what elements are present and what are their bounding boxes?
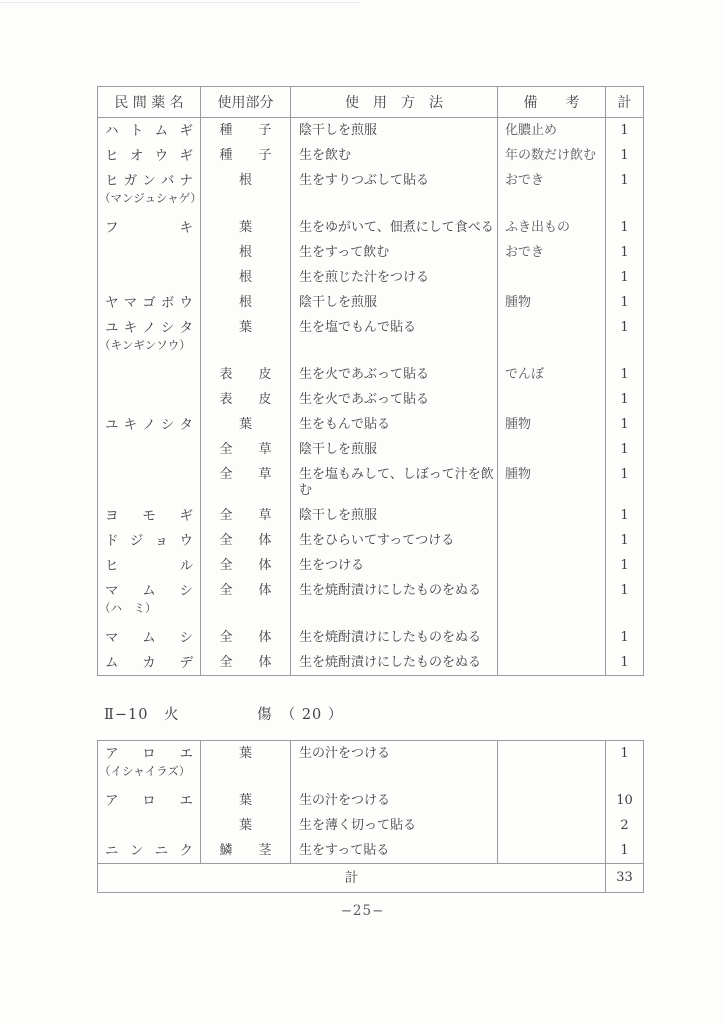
usage-method-cell: 生をすって貼る bbox=[291, 838, 498, 864]
remark-cell bbox=[498, 503, 606, 528]
medicine-name-cell: ヨ モ ギ bbox=[98, 503, 201, 528]
medicine-name-cell bbox=[98, 240, 201, 265]
used-part-cell: 全 体 bbox=[201, 625, 291, 650]
count-cell: 1 bbox=[606, 741, 644, 789]
medicine-name: ア ロ エ bbox=[98, 746, 200, 762]
medicine-name-cell: マ ム シ （ハ ミ） bbox=[98, 578, 201, 625]
medicine-name-cell bbox=[98, 437, 201, 462]
header-count: 計 bbox=[606, 87, 644, 118]
count-cell: 1 bbox=[606, 315, 644, 362]
table-header-row: 民 間 薬 名 使用部分 使 用 方 法 備 考 計 bbox=[98, 87, 644, 118]
remark-cell bbox=[498, 387, 606, 412]
medicine-name-cell bbox=[98, 813, 201, 838]
usage-method-cell: 生の汁をつける bbox=[291, 741, 498, 789]
medicine-name: ア ロ エ bbox=[98, 793, 200, 809]
medicine-name-cell bbox=[98, 265, 201, 290]
table-row: ヤ マ ゴ ボ ウ 根 陰干しを煎服 腫物 1 bbox=[98, 290, 644, 315]
medicine-name: フ キ bbox=[98, 220, 200, 236]
usage-method-cell: 生の汁をつける bbox=[291, 788, 498, 813]
count-cell: 10 bbox=[606, 788, 644, 813]
remark-cell bbox=[498, 813, 606, 838]
table-row: ニ ン ニ ク 鱗 茎 生をすって貼る 1 bbox=[98, 838, 644, 864]
used-part-cell: 根 bbox=[201, 168, 291, 215]
count-cell: 2 bbox=[606, 813, 644, 838]
section-heading-burns: Ⅱ−10 火 傷 （ 20 ） bbox=[104, 703, 343, 724]
used-part-cell: 根 bbox=[201, 265, 291, 290]
remark-cell bbox=[498, 528, 606, 553]
header-usage-method: 使 用 方 法 bbox=[291, 87, 498, 118]
folk-medicine-table-body: ハ ト ム ギ 種 子 陰干しを煎服 化膿止め 1 ヒ オ ウ ギ 種 子 生を… bbox=[98, 118, 644, 676]
count-cell: 1 bbox=[606, 215, 644, 240]
usage-method-cell: 陰干しを煎服 bbox=[291, 437, 498, 462]
medicine-name-cell: ヒ ル bbox=[98, 553, 201, 578]
medicine-name: ヤ マ ゴ ボ ウ bbox=[98, 295, 200, 311]
header-used-part: 使用部分 bbox=[201, 87, 291, 118]
medicine-name-cell: ム カ デ bbox=[98, 650, 201, 676]
count-cell: 1 bbox=[606, 118, 644, 144]
page-number: −25− bbox=[0, 903, 725, 919]
medicine-alt-name: （イシャイラズ） bbox=[99, 764, 200, 779]
total-value: 33 bbox=[606, 864, 644, 893]
usage-method-cell: 生をすりつぶして貼る bbox=[291, 168, 498, 215]
medicine-name: マ ム シ bbox=[98, 583, 200, 599]
used-part-cell: 種 子 bbox=[201, 143, 291, 168]
medicine-name-cell: ヒ ガ ン バ ナ （マンジュシャゲ） bbox=[98, 168, 201, 215]
table-row: 全 草 生を塩もみして、しぼって汁を飲む 腫物 1 bbox=[98, 462, 644, 503]
scan-edge-artifact bbox=[0, 2, 360, 3]
count-cell: 1 bbox=[606, 143, 644, 168]
usage-method-cell: 生を焼酎漬けにしたものをぬる bbox=[291, 650, 498, 676]
medicine-name-cell: マ ム シ bbox=[98, 625, 201, 650]
table-row: ア ロ エ 葉 生の汁をつける 10 bbox=[98, 788, 644, 813]
medicine-name-cell: ヒ オ ウ ギ bbox=[98, 143, 201, 168]
remark-cell bbox=[498, 578, 606, 625]
table-row: ア ロ エ （イシャイラズ） 葉 生の汁をつける 1 bbox=[98, 741, 644, 789]
remark-cell: ふき出もの bbox=[498, 215, 606, 240]
used-part-cell: 全 体 bbox=[201, 528, 291, 553]
medicine-name: ヒ オ ウ ギ bbox=[98, 148, 200, 164]
usage-method-cell: 生を焼酎漬けにしたものをぬる bbox=[291, 625, 498, 650]
table-row: 全 草 陰干しを煎服 1 bbox=[98, 437, 644, 462]
medicine-alt-name: （ハ ミ） bbox=[99, 601, 200, 616]
remark-cell bbox=[498, 315, 606, 362]
remark-cell: でんぼ bbox=[498, 362, 606, 387]
medicine-name: ヒ ガ ン バ ナ bbox=[98, 173, 200, 189]
burns-table: ア ロ エ （イシャイラズ） 葉 生の汁をつける 1 ア ロ エ 葉 生の汁をつ… bbox=[97, 740, 644, 893]
table-row: ヒ ル 全 体 生をつける 1 bbox=[98, 553, 644, 578]
medicine-name: マ ム シ bbox=[98, 630, 200, 646]
count-cell: 1 bbox=[606, 462, 644, 503]
remark-cell bbox=[498, 265, 606, 290]
used-part-cell: 葉 bbox=[201, 412, 291, 437]
table-row: 根 生をすって飲む おでき 1 bbox=[98, 240, 644, 265]
medicine-name-cell bbox=[98, 462, 201, 503]
medicine-alt-name: （マンジュシャゲ） bbox=[99, 191, 200, 206]
table-row: ム カ デ 全 体 生を焼酎漬けにしたものをぬる 1 bbox=[98, 650, 644, 676]
remark-cell: おでき bbox=[498, 240, 606, 265]
usage-method-cell: 生をゆがいて、佃煮にして食べる bbox=[291, 215, 498, 240]
count-cell: 1 bbox=[606, 437, 644, 462]
used-part-cell: 葉 bbox=[201, 315, 291, 362]
medicine-name-cell: ア ロ エ bbox=[98, 788, 201, 813]
count-cell: 1 bbox=[606, 290, 644, 315]
used-part-cell: 根 bbox=[201, 240, 291, 265]
usage-method-cell: 陰干しを煎服 bbox=[291, 290, 498, 315]
count-cell: 1 bbox=[606, 362, 644, 387]
medicine-name-cell: ユ キ ノ シ タ bbox=[98, 412, 201, 437]
table-row: フ キ 葉 生をゆがいて、佃煮にして食べる ふき出もの 1 bbox=[98, 215, 644, 240]
used-part-cell: 全 体 bbox=[201, 578, 291, 625]
usage-method-cell: 生を薄く切って貼る bbox=[291, 813, 498, 838]
table-row: マ ム シ （ハ ミ） 全 体 生を焼酎漬けにしたものをぬる 1 bbox=[98, 578, 644, 625]
usage-method-cell: 陰干しを煎服 bbox=[291, 503, 498, 528]
medicine-name: ハ ト ム ギ bbox=[98, 123, 200, 139]
count-cell: 1 bbox=[606, 650, 644, 676]
medicine-name-cell bbox=[98, 387, 201, 412]
usage-method-cell: 生を焼酎漬けにしたものをぬる bbox=[291, 578, 498, 625]
medicine-name: ユ キ ノ シ タ bbox=[98, 320, 200, 336]
used-part-cell: 全 体 bbox=[201, 553, 291, 578]
medicine-name: ニ ン ニ ク bbox=[98, 843, 200, 859]
count-cell: 1 bbox=[606, 838, 644, 864]
medicine-name: ヒ ル bbox=[98, 558, 200, 574]
table-row: 葉 生を薄く切って貼る 2 bbox=[98, 813, 644, 838]
count-cell: 1 bbox=[606, 265, 644, 290]
medicine-name-cell: フ キ bbox=[98, 215, 201, 240]
table-row: 根 生を煎じた汁をつける 1 bbox=[98, 265, 644, 290]
medicine-name-cell: ア ロ エ （イシャイラズ） bbox=[98, 741, 201, 789]
usage-method-cell: 生をもんで貼る bbox=[291, 412, 498, 437]
remark-cell bbox=[498, 553, 606, 578]
count-cell: 1 bbox=[606, 387, 644, 412]
usage-method-cell: 生をひらいてすってつける bbox=[291, 528, 498, 553]
usage-method-cell: 生を塩もみして、しぼって汁を飲む bbox=[291, 462, 498, 503]
table-row: ヒ オ ウ ギ 種 子 生を飲む 年の数だけ飲む 1 bbox=[98, 143, 644, 168]
remark-cell: 年の数だけ飲む bbox=[498, 143, 606, 168]
header-remarks: 備 考 bbox=[498, 87, 606, 118]
total-label: 計 bbox=[98, 864, 606, 893]
usage-method-cell: 生を火であぶって貼る bbox=[291, 362, 498, 387]
table-row: 表 皮 生を火であぶって貼る でんぼ 1 bbox=[98, 362, 644, 387]
usage-method-cell: 生をつける bbox=[291, 553, 498, 578]
count-cell: 1 bbox=[606, 240, 644, 265]
medicine-name-cell bbox=[98, 362, 201, 387]
medicine-name-cell: ヤ マ ゴ ボ ウ bbox=[98, 290, 201, 315]
medicine-name-cell: ユ キ ノ シ タ （キンギンソウ） bbox=[98, 315, 201, 362]
count-cell: 1 bbox=[606, 168, 644, 215]
usage-method-cell: 陰干しを煎服 bbox=[291, 118, 498, 144]
medicine-name-cell: ハ ト ム ギ bbox=[98, 118, 201, 144]
remark-cell: 腫物 bbox=[498, 412, 606, 437]
used-part-cell: 種 子 bbox=[201, 118, 291, 144]
medicine-name: ユ キ ノ シ タ bbox=[98, 417, 200, 433]
medicine-name-cell: ニ ン ニ ク bbox=[98, 838, 201, 864]
medicine-name: ド ジ ョ ウ bbox=[98, 533, 200, 549]
remark-cell bbox=[498, 741, 606, 789]
usage-method-cell: 生を塩でもんで貼る bbox=[291, 315, 498, 362]
count-cell: 1 bbox=[606, 553, 644, 578]
used-part-cell: 全 草 bbox=[201, 503, 291, 528]
table-row: ヒ ガ ン バ ナ （マンジュシャゲ） 根 生をすりつぶして貼る おでき 1 bbox=[98, 168, 644, 215]
count-cell: 1 bbox=[606, 578, 644, 625]
document-page: 民 間 薬 名 使用部分 使 用 方 法 備 考 計 ハ ト ム ギ 種 子 陰… bbox=[0, 0, 725, 1024]
usage-method-cell: 生を煎じた汁をつける bbox=[291, 265, 498, 290]
usage-method-cell: 生を火であぶって貼る bbox=[291, 387, 498, 412]
medicine-name: ヨ モ ギ bbox=[98, 508, 200, 524]
table-row: ド ジ ョ ウ 全 体 生をひらいてすってつける 1 bbox=[98, 528, 644, 553]
used-part-cell: 表 皮 bbox=[201, 362, 291, 387]
table-row: マ ム シ 全 体 生を焼酎漬けにしたものをぬる 1 bbox=[98, 625, 644, 650]
table-row: ユ キ ノ シ タ 葉 生をもんで貼る 腫物 1 bbox=[98, 412, 644, 437]
remark-cell bbox=[498, 625, 606, 650]
used-part-cell: 葉 bbox=[201, 215, 291, 240]
header-medicine-name: 民 間 薬 名 bbox=[98, 87, 201, 118]
medicine-alt-name: （キンギンソウ） bbox=[99, 338, 200, 353]
medicine-name: ム カ デ bbox=[98, 655, 200, 671]
table-row: 表 皮 生を火であぶって貼る 1 bbox=[98, 387, 644, 412]
used-part-cell: 全 草 bbox=[201, 462, 291, 503]
remark-cell: おでき bbox=[498, 168, 606, 215]
remark-cell: 腫物 bbox=[498, 290, 606, 315]
folk-medicine-table: 民 間 薬 名 使用部分 使 用 方 法 備 考 計 ハ ト ム ギ 種 子 陰… bbox=[97, 86, 644, 676]
usage-method-cell: 生をすって飲む bbox=[291, 240, 498, 265]
table-row: ユ キ ノ シ タ （キンギンソウ） 葉 生を塩でもんで貼る 1 bbox=[98, 315, 644, 362]
used-part-cell: 葉 bbox=[201, 813, 291, 838]
table-row: ハ ト ム ギ 種 子 陰干しを煎服 化膿止め 1 bbox=[98, 118, 644, 144]
count-cell: 1 bbox=[606, 625, 644, 650]
used-part-cell: 全 草 bbox=[201, 437, 291, 462]
used-part-cell: 根 bbox=[201, 290, 291, 315]
remark-cell: 化膿止め bbox=[498, 118, 606, 144]
remark-cell: 腫物 bbox=[498, 462, 606, 503]
burns-table-body: ア ロ エ （イシャイラズ） 葉 生の汁をつける 1 ア ロ エ 葉 生の汁をつ… bbox=[98, 741, 644, 864]
total-row: 計 33 bbox=[98, 864, 644, 893]
used-part-cell: 葉 bbox=[201, 741, 291, 789]
remark-cell bbox=[498, 437, 606, 462]
used-part-cell: 葉 bbox=[201, 788, 291, 813]
table-row: ヨ モ ギ 全 草 陰干しを煎服 1 bbox=[98, 503, 644, 528]
count-cell: 1 bbox=[606, 503, 644, 528]
used-part-cell: 表 皮 bbox=[201, 387, 291, 412]
usage-method-cell: 生を飲む bbox=[291, 143, 498, 168]
remark-cell bbox=[498, 650, 606, 676]
count-cell: 1 bbox=[606, 412, 644, 437]
medicine-name-cell: ド ジ ョ ウ bbox=[98, 528, 201, 553]
remark-cell bbox=[498, 838, 606, 864]
used-part-cell: 鱗 茎 bbox=[201, 838, 291, 864]
remark-cell bbox=[498, 788, 606, 813]
used-part-cell: 全 体 bbox=[201, 650, 291, 676]
count-cell: 1 bbox=[606, 528, 644, 553]
